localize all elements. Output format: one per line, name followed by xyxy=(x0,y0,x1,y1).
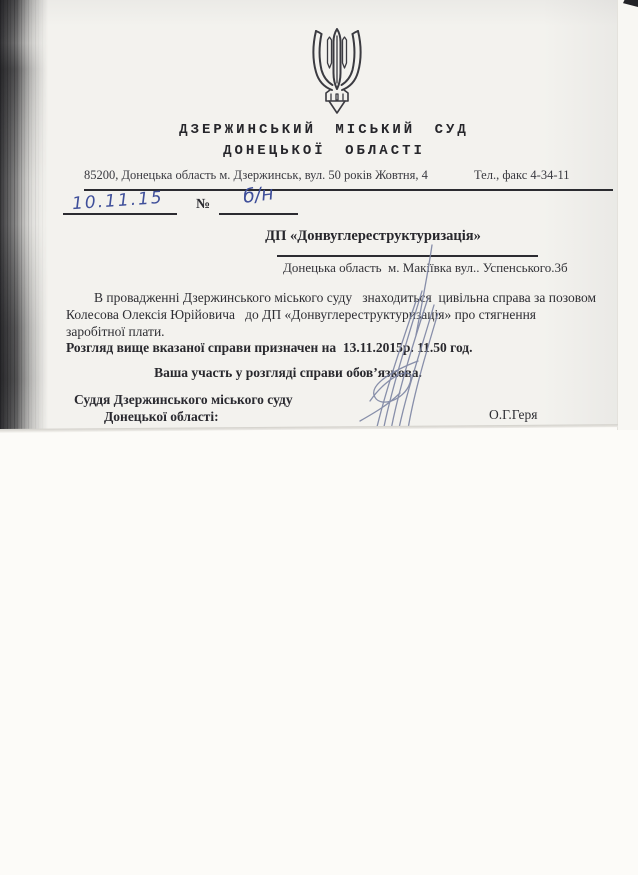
judge-title-line2: Донецької області: xyxy=(104,409,219,425)
header-rule xyxy=(84,189,613,191)
mandatory-attendance-line: Ваша участь у розгляді справи обов’язков… xyxy=(30,364,546,381)
court-name-line2: ДОНЕЦЬКОЇ ОБЛАСТІ xyxy=(34,143,614,159)
scanned-court-letter: ДЗЕРЖИНСЬКИЙ МІСЬКИЙ СУД ДОНЕЦЬКОЇ ОБЛАС… xyxy=(0,0,638,875)
handwritten-date: 10.11.15 xyxy=(71,188,164,214)
paper-sheet: ДЗЕРЖИНСЬКИЙ МІСЬКИЙ СУД ДОНЕЦЬКОЇ ОБЛАС… xyxy=(0,0,617,433)
judge-name: О.Г.Геря xyxy=(489,407,538,423)
scanner-shadow-band xyxy=(0,0,48,431)
handwritten-number: б/н xyxy=(242,182,275,208)
handwritten-signature xyxy=(330,243,460,439)
court-name-line1: ДЗЕРЖИНСЬКИЙ МІСЬКИЙ СУД xyxy=(34,122,614,138)
number-underline xyxy=(219,213,298,215)
court-phone-fax: Тел., факс 4-34-11 xyxy=(474,168,570,183)
number-sign: № xyxy=(196,197,210,213)
judge-title-line1: Суддя Дзержинського міського суду xyxy=(74,392,293,408)
ukraine-trident-icon xyxy=(304,27,370,115)
court-address: 85200, Донецька область м. Дзержинськ, в… xyxy=(84,168,428,183)
scanner-margin-strip xyxy=(617,0,638,430)
